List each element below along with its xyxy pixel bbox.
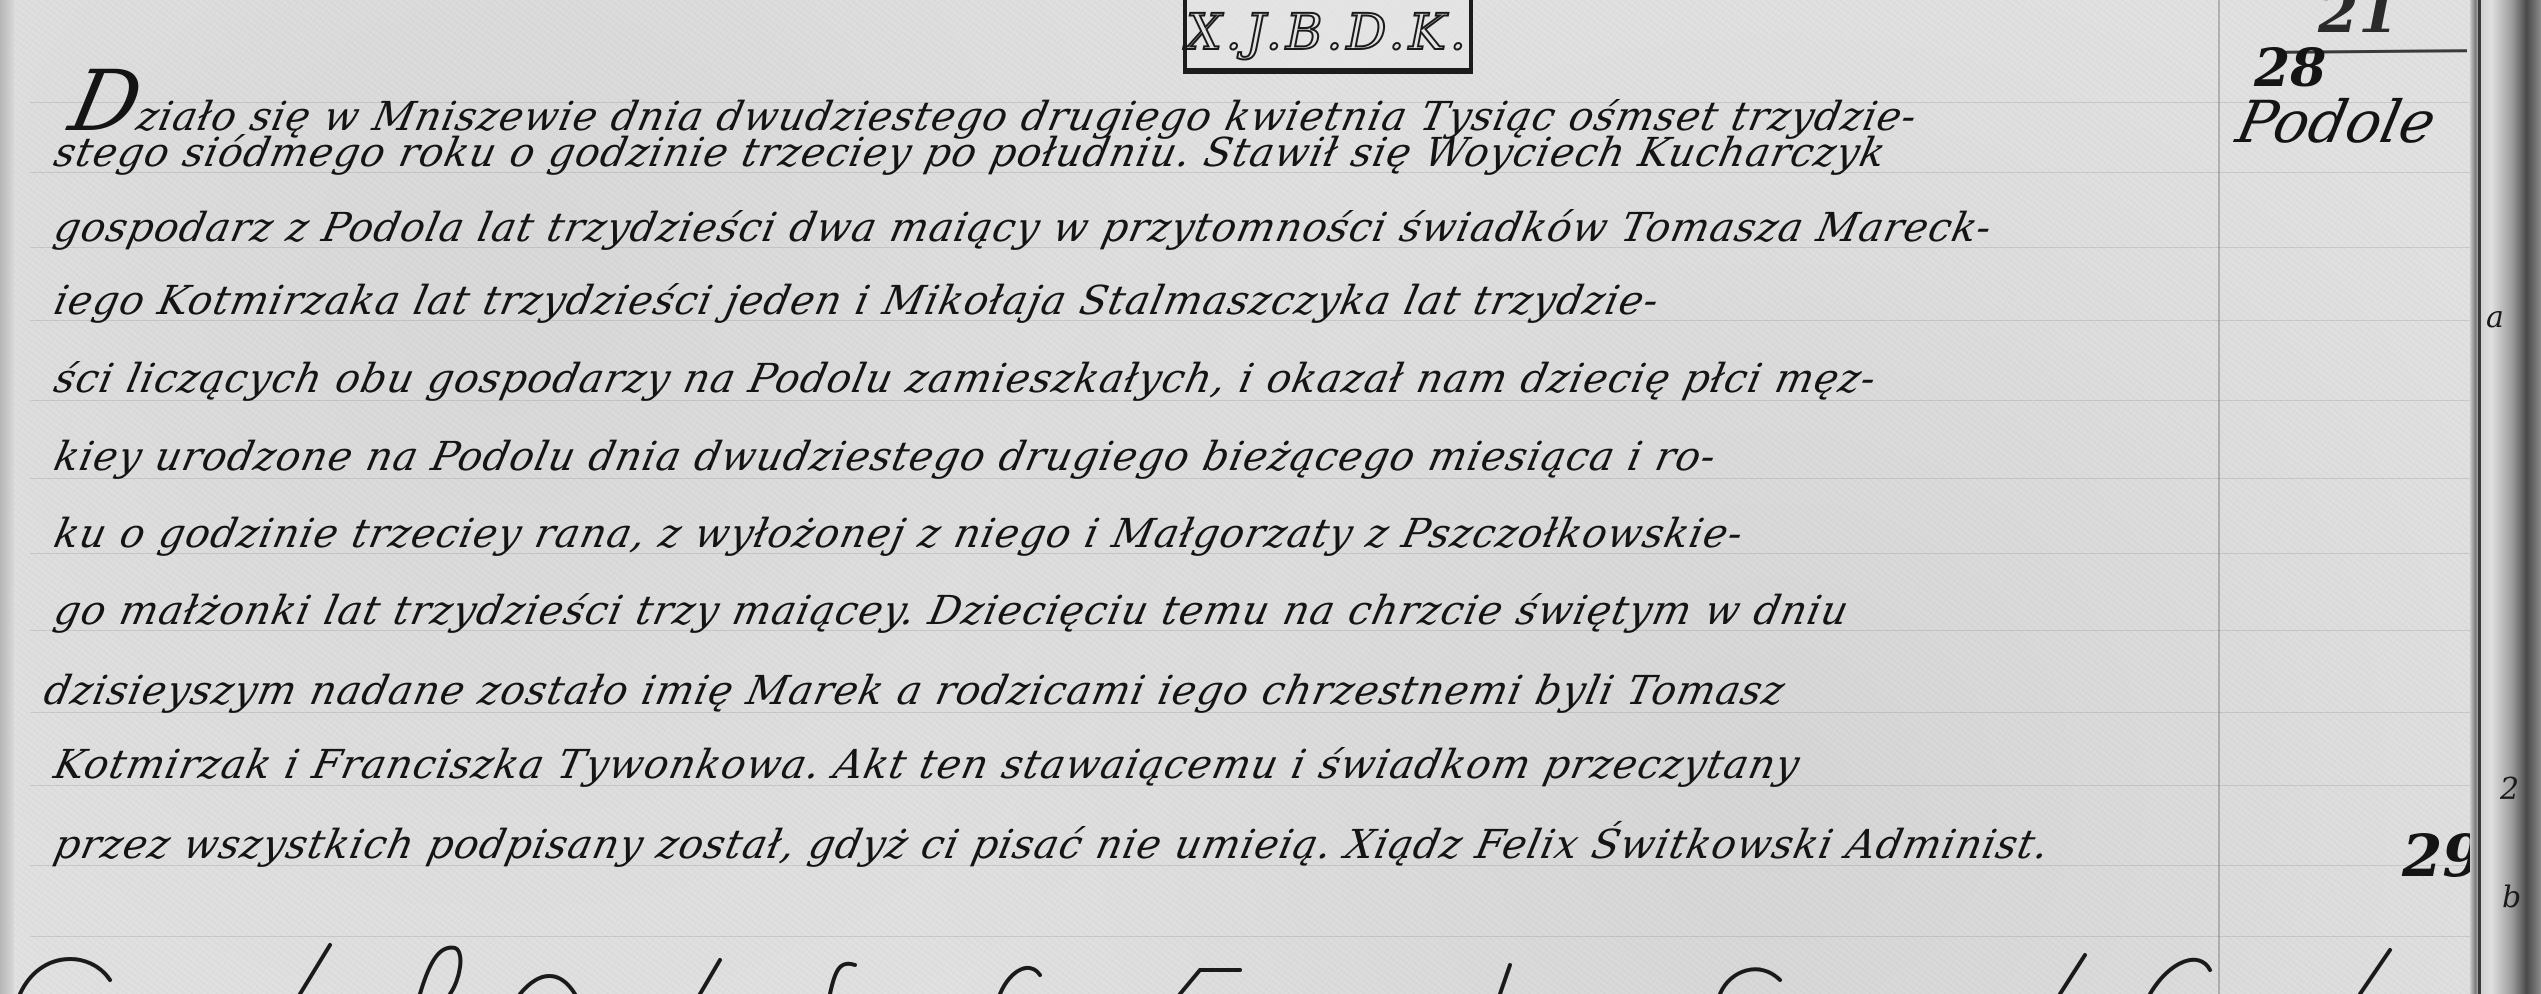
record-line-5: ści liczących obu gospodarzy na Podolu z… — [50, 356, 1881, 402]
record-line-9: dzisieyszym nadane zostało imię Marek a … — [40, 668, 1790, 714]
page-left-edge — [0, 0, 14, 994]
register-page: X.J.B.D.K. 21 28 Podole Działo się w Mni… — [0, 0, 2541, 994]
page-number: 21 — [2318, 0, 2399, 46]
margin-place-name: Podole — [2231, 88, 2442, 156]
record-line-11: przez wszystkich podpisany został, gdyż … — [50, 822, 2054, 868]
record-line-2: stego siódmego roku o godzinie trzeciey … — [50, 130, 1890, 176]
record-line-6: kiey urodzone na Podolu dnia dwudziesteg… — [50, 434, 1721, 480]
ruling-line — [30, 936, 2470, 937]
record-line-8: go małżonki lat trzydzieści trzy maiącey… — [50, 588, 1853, 634]
record-line-4: iego Kotmirzaka lat trzydzieści jeden i … — [50, 278, 1664, 324]
next-record-partial-strokes — [0, 940, 2470, 994]
record-line-10: Kotmirzak i Franciszka Tywonkowa. Akt te… — [50, 742, 1804, 788]
gutter-rule — [2478, 0, 2481, 994]
record-line-7: ku o godzinie trzeciey rana, z wyłożonej… — [50, 511, 1748, 557]
record-line-3: gospodarz z Podola lat trzydzieści dwa m… — [50, 205, 1996, 251]
margin-rule — [2218, 0, 2220, 994]
gutter-mark-a: a — [2486, 300, 2504, 335]
gutter-mark-2: 2 — [2500, 772, 2519, 807]
stamp-text: X.J.B.D.K. — [1186, 7, 1470, 57]
gutter-mark-b: b — [2502, 880, 2521, 915]
